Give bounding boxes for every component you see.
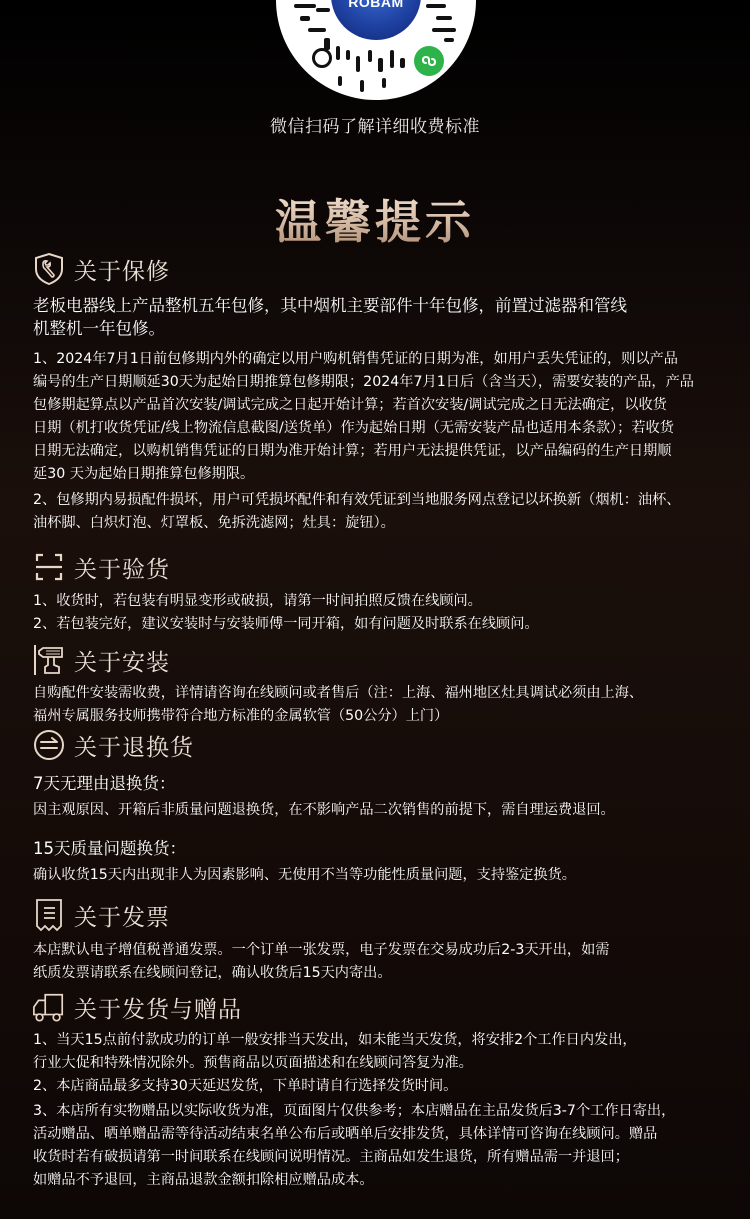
text-line: 2、若包装完好，建议安装时与安装师傅一同开箱，如有问题及时联系在线顾问。 [33,613,733,636]
section-title: 关于发货与赠品 [74,991,242,1024]
text-line: 3、本店所有实物赠品以实际收货为准，页面图片仅供参考；本店赠品在主品发货后3-7… [33,1100,733,1123]
qr-caption: 微信扫码了解详细收费标准 [0,112,750,137]
section-installation-header: 关于安装 [32,643,170,677]
installation-items: 自购配件安装需收费，详情请咨询在线顾问或者售后（注：上海、福州地区灶具调试必须由… [33,682,733,728]
text-line: 收货时若有破损请第一时间联系在线顾问说明情况。主商品如发生退货，所有赠品需一并退… [33,1146,733,1169]
returns-7day-text: 因主观原因、开箱后非质量问题退换货，在不影响产品二次销售的前提下，需自理运费退回… [33,799,733,822]
text-line: 自购配件安装需收费，详情请咨询在线顾问或者售后（注：上海、福州地区灶具调试必须由… [33,682,733,705]
section-shipping-header: 关于发货与赠品 [32,990,242,1024]
warranty-intro: 老板电器线上产品整机五年包修，其中烟机主要部件十年包修，前置过滤器和管线 机整机… [33,294,733,340]
wechat-qr-code[interactable]: ROBAM [276,0,476,100]
text-line: 活动赠品、晒单赠品需等待活动结束名单公布后或晒单后安排发货，具体详情可咨询在线顾… [33,1123,733,1146]
text-line: 2、包修期内易损配件损坏，用户可凭损坏配件和有效凭证到当地服务网点登记以坏换新（… [33,489,733,512]
drill-icon [32,643,66,677]
section-title: 关于退换货 [74,729,194,762]
text-line: 延30 天为起始日期推算包修期限。 [33,463,733,486]
section-warranty-header: 关于保修 [32,252,170,286]
inspection-items: 1、收货时，若包装有明显变形或破损，请第一时间拍照反馈在线顾问。 2、若包装完好… [33,590,733,636]
section-inspection-header: 关于验货 [32,550,170,584]
text-line: 行业大促和特殊情况除外。预售商品以页面描述和在线顾问答复为准。 [33,1052,733,1075]
text-line: 福州专属服务技师携带符合地方标准的金属软管（50公分）上门） [33,705,733,728]
receipt-icon [32,898,66,932]
text-line: 纸质发票请联系在线顾问登记，确认收货后15天内寄出。 [33,962,733,985]
text-line: 本店默认电子增值税普通发票。一个订单一张发票，电子发票在交易成功后2-3天开出，… [33,939,733,962]
text-line: 1、2024年7月1日前包修期内外的确定以用户购机销售凭证的日期为准，如用户丢失… [33,348,733,371]
qr-disc: ROBAM [276,0,476,100]
exchange-circle-icon [32,728,66,762]
robam-logo-text: ROBAM [348,0,403,10]
text-line: 1、收货时，若包装有明显变形或破损，请第一时间拍照反馈在线顾问。 [33,590,733,613]
section-title: 关于保修 [74,253,170,286]
text-line: 编号的生产日期顺延30天为起始日期推算包修期限；2024年7月1日后（含当天），… [33,371,733,394]
text-line: 机整机一年包修。 [33,317,733,340]
section-title: 关于安装 [74,644,170,677]
invoice-items: 本店默认电子增值税普通发票。一个订单一张发票，电子发票在交易成功后2-3天开出，… [33,939,733,985]
text-line: 日期无法确定，以购机销售凭证的日期为准开始计算；若用户无法提供凭证，以产品编码的… [33,440,733,463]
mini-program-icon [414,46,444,76]
text-line: 1、当天15点前付款成功的订单一般安排当天发出，如未能当天发货，将安排2个工作日… [33,1029,733,1052]
warranty-item-2: 2、包修期内易损配件损坏，用户可凭损坏配件和有效凭证到当地服务网点登记以坏换新（… [33,489,733,535]
warranty-item-1: 1、2024年7月1日前包修期内外的确定以用户购机销售凭证的日期为准，如用户丢失… [33,348,733,486]
delivery-truck-icon [32,990,66,1024]
robam-logo: ROBAM [331,0,421,40]
scan-frame-icon [32,550,66,584]
shield-wrench-icon [32,252,66,286]
shipping-item-1: 1、当天15点前付款成功的订单一般安排当天发出，如未能当天发货，将安排2个工作日… [33,1029,733,1075]
returns-15day-title: 15天质量问题换货： [33,837,733,860]
section-returns-header: 关于退换货 [32,728,194,762]
text-line: 如赠品不予退回，主商品退款金额扣除相应赠品成本。 [33,1169,733,1192]
shipping-item-3: 3、本店所有实物赠品以实际收货为准，页面图片仅供参考；本店赠品在主品发货后3-7… [33,1100,733,1192]
page-title: 温馨提示 [0,186,750,252]
returns-7day-title: 7天无理由退换货： [33,772,733,795]
text-line: 2、本店商品最多支持30天延迟发货，下单时请自行选择发货时间。 [33,1075,733,1098]
text-line: 日期（机打收货凭证/线上物流信息截图/送货单）作为起始日期（无需安装产品也适用本… [33,417,733,440]
text-line: 油杯脚、白炽灯泡、灯罩板、免拆洗滤网；灶具：旋钮）。 [33,512,733,535]
text-line: 包修期起算点以产品首次安装/调试完成之日起开始计算；若首次安装/调试完成之日无法… [33,394,733,417]
shipping-item-2: 2、本店商品最多支持30天延迟发货，下单时请自行选择发货时间。 [33,1075,733,1098]
section-title: 关于发票 [74,899,170,932]
section-invoice-header: 关于发票 [32,898,170,932]
returns-15day-text: 确认收货15天内出现非人为因素影响、无使用不当等功能性质量问题，支持鉴定换货。 [33,864,733,887]
text-line: 老板电器线上产品整机五年包修，其中烟机主要部件十年包修，前置过滤器和管线 [33,294,733,317]
section-title: 关于验货 [74,551,170,584]
